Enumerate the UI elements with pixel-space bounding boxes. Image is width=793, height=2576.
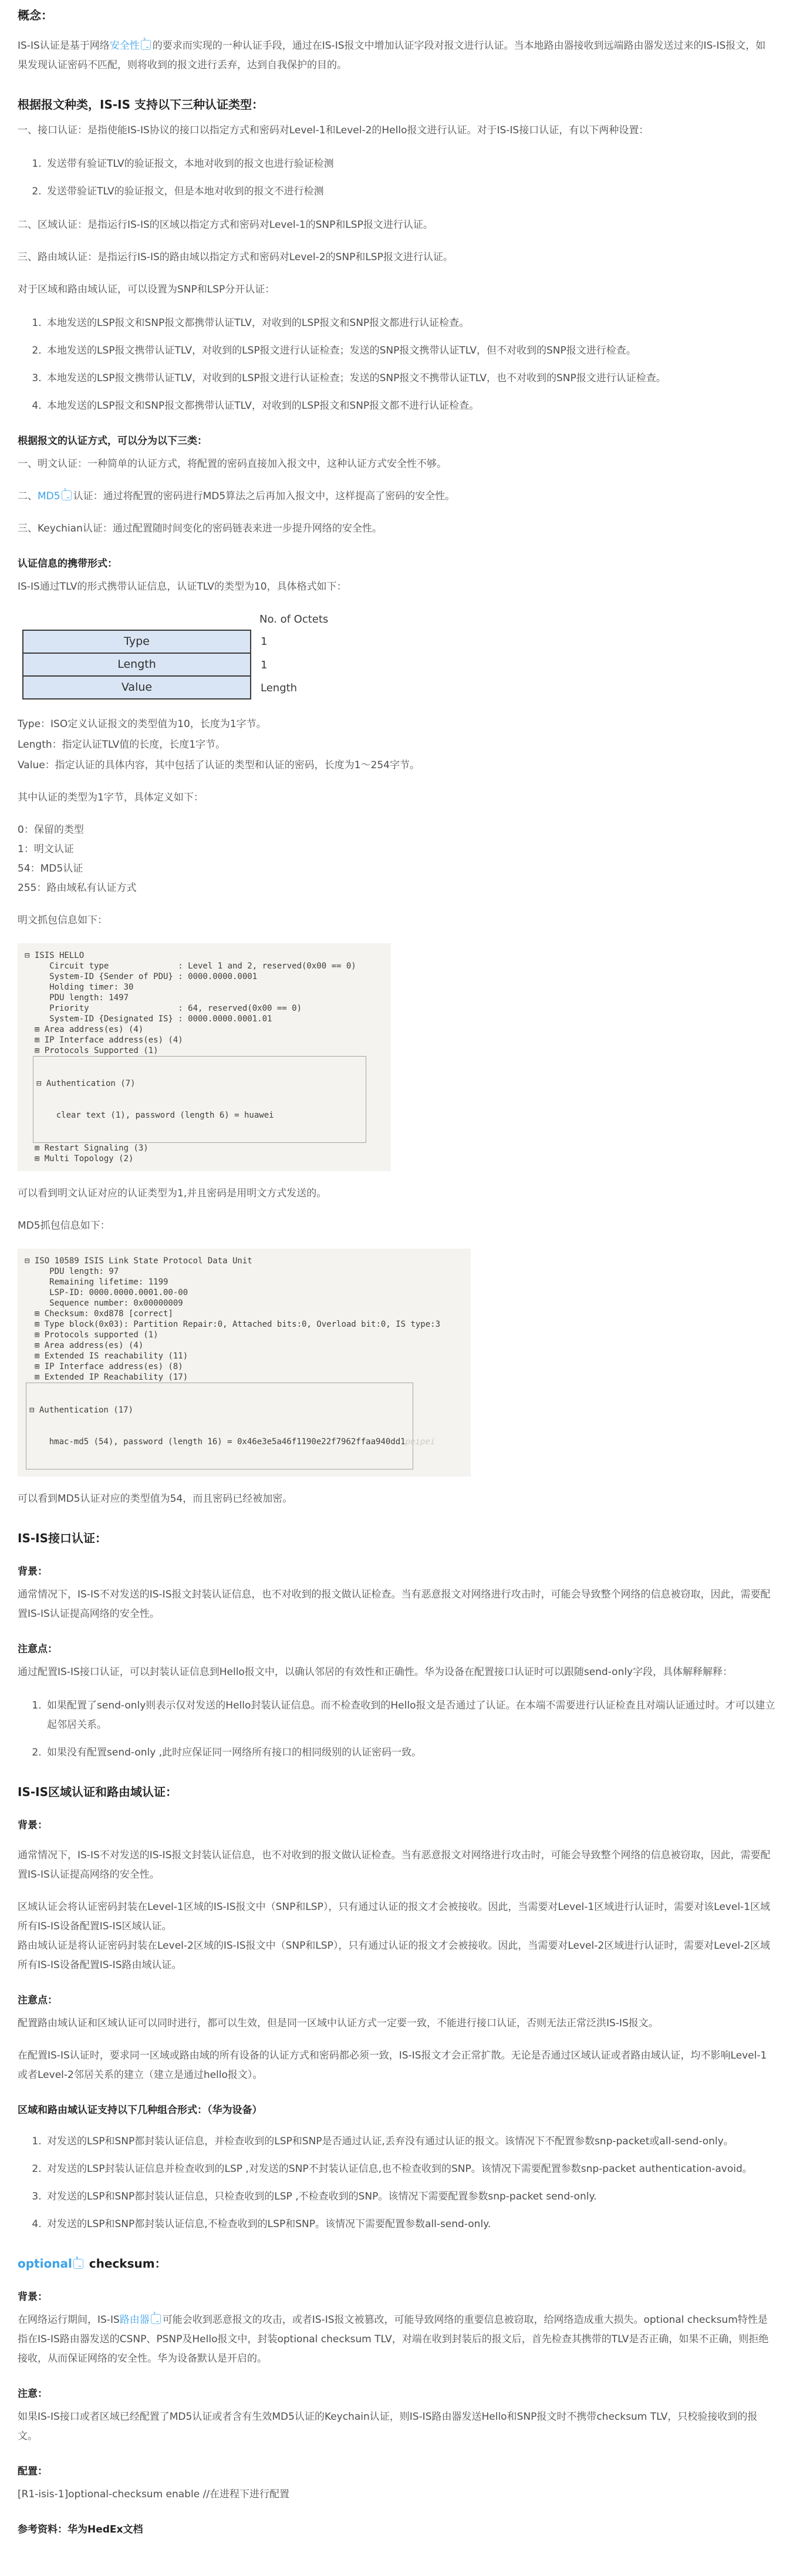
capture-line: hmac-md5 (54), password (length 16) = 0x…	[29, 1437, 410, 1447]
combo-options-list: 对发送的LSP和SNP都封装认证信息，并检查收到的LSP和SNP是否通过认证,丢…	[18, 2132, 775, 2234]
paragraph-tlv-intro: IS-IS通过TLV的形式携带认证信息，认证TLV的类型为10，具体格式如下：	[18, 577, 775, 597]
paragraph-interface-bg: 通常情况下，IS-IS不对发送的IS-IS报文封装认证信息，也不对收到的报文做认…	[18, 1585, 775, 1624]
paragraph-md5-auth: 二、MD5认证：通过将配置的密码进行MD5算法之后再加入报文中，这样提高了密码的…	[18, 487, 775, 506]
plain-packet-capture: ⊟ ISIS HELLO Circuit type : Level 1 and …	[18, 943, 391, 1171]
capture-line: LSP-ID: 0000.0000.0001.00-00	[25, 1287, 464, 1298]
section-heading-area-auth: IS-IS区域认证和路由域认证：	[18, 1784, 775, 1800]
tlv-cell-type: Type	[22, 630, 251, 654]
capture-line: PDU length: 97	[25, 1266, 464, 1277]
auth-type-values: 0：保留的类型1：明文认证54：MD5认证255：路由域私有认证方式	[18, 820, 775, 898]
paragraph-optional-note: 如果IS-IS接口或者区域已经配置了MD5认证或者含有生效MD5认证的Keych…	[18, 2407, 775, 2446]
capture-line: Holding timer: 30	[25, 982, 384, 993]
list-item: 本地发送的LSP报文携带认证TLV，对收到的LSP报文进行认证检查；发送的SNP…	[45, 369, 775, 388]
capture-line: ⊞ IP Interface address(es) (4)	[25, 1035, 384, 1045]
capture-line: ⊞ Protocols supported (1)	[25, 1330, 464, 1340]
capture-line: ⊟ ISO 10589 ISIS Link State Protocol Dat…	[25, 1256, 464, 1266]
paragraph-area-auth-type: 二、区域认证：是指运行IS-IS的区域以指定方式和密码对Level-1的SNP和…	[18, 216, 775, 235]
capture-lines: ⊟ ISIS HELLO Circuit type : Level 1 and …	[25, 950, 384, 1056]
list-item: 如果配置了send-only则表示仅对发送的Hello封装认证信息。而不检查收到…	[45, 1696, 775, 1735]
section-heading-auth-methods: 根据报文的认证方式，可以分为以下三类：	[18, 433, 775, 449]
text-run: hmac-md5 (54), password (length 16) = 0x…	[29, 1437, 406, 1447]
authentication-highlight-box: ⊟ Authentication (7) clear text (1), pas…	[33, 1056, 366, 1143]
config-command: [R1-isis-1]optional-checksum enable //在进…	[18, 2485, 775, 2504]
text-run: 二、	[18, 490, 38, 502]
section-heading-concept: 概念：	[18, 7, 775, 23]
capture-line: ⊞ Type block(0x03): Partition Repair:0, …	[25, 1319, 464, 1330]
md5-packet-capture: ⊟ ISO 10589 ISIS Link State Protocol Dat…	[18, 1249, 471, 1477]
paragraph-area-bg2: 区域认证会将认证密码封装在Level-1区域的IS-IS报文中（SNP和LSP）…	[18, 1898, 775, 1936]
label-notes: 注意点：	[18, 1993, 775, 2008]
octets-label: No. of Octets	[259, 610, 328, 629]
capture-line: ⊞ Protocols Supported (1)	[25, 1045, 384, 1056]
section-heading-combo: 区域和路由域认证支持以下几种组合形式：（华为设备）	[18, 2103, 775, 2118]
label-background: 背景：	[18, 1818, 775, 1833]
interface-auth-notes-list: 如果配置了send-only则表示仅对发送的Hello封装认证信息。而不检查收到…	[18, 1696, 775, 1763]
capture-line: Sequence number: 0x00000009	[25, 1298, 464, 1309]
auth-type-value-line: 0：保留的类型	[18, 820, 775, 840]
capture-line: Priority : 64, reserved(0x00 == 0)	[25, 1003, 384, 1014]
router-link[interactable]: 路由器	[120, 2314, 150, 2326]
section-heading-optional-checksum: optional checksum：	[18, 2255, 775, 2272]
paragraph-keychain-auth: 三、Keychian认证：通过配置随时间变化的密码链表来进一步提升网络的安全性。	[18, 519, 775, 539]
capture-line: Circuit type : Level 1 and 2, reserved(0…	[25, 961, 384, 971]
tlv-format-figure: No. of Octets Type 1 Length 1 Value Leng…	[22, 630, 775, 700]
tlv-row-length: Length 1	[22, 654, 775, 677]
tlv-type-definition: Type：ISO定义认证报文的类型值为10，长度为1字节。	[18, 715, 775, 734]
paragraph-plain-auth: 一、明文认证：一种简单的认证方式，将配置的密码直接加入报文中，这种认证方式安全性…	[18, 455, 775, 474]
list-item: 本地发送的LSP报文和SNP报文都携带认证TLV，对收到的LSP报文和SNP报文…	[45, 314, 775, 333]
paragraph-area-bg3: 路由域认证是将认证密码封装在Level-2区域的IS-IS报文中（SNP和LSP…	[18, 1936, 775, 1975]
article: 概念： IS-IS认证是基于网络安全性的要求而实现的一种认证手段，通过在IS-I…	[0, 0, 793, 2576]
capture-line: ⊞ Checksum: 0xd878 [correct]	[25, 1309, 464, 1319]
watermark: peipei	[406, 1437, 436, 1447]
external-link-icon	[73, 2259, 83, 2269]
list-item: 如果没有配置send-only ,此时应保证同一网络所有接口的相同级别的认证密码…	[45, 1743, 775, 1763]
paragraph-area-bg1: 通常情况下，IS-IS不对发送的IS-IS报文封装认证信息，也不对收到的报文做认…	[18, 1846, 775, 1885]
tlv-octets-length: 1	[251, 654, 267, 677]
paragraph-plain-capture-intro: 明文抓包信息如下：	[18, 911, 775, 930]
capture-line: ⊟ Authentication (17)	[29, 1405, 410, 1415]
tlv-octets-type: 1	[251, 630, 267, 654]
label-config: 配置：	[18, 2464, 775, 2479]
section-heading-interface-auth: IS-IS接口认证：	[18, 1530, 775, 1546]
label-notes: 注意点：	[18, 1642, 775, 1657]
tlv-cell-value: Value	[22, 677, 251, 700]
auth-type-value-line: 1：明文认证	[18, 840, 775, 859]
capture-line: ⊟ Authentication (7)	[36, 1078, 363, 1089]
tlv-cell-length: Length	[22, 654, 251, 677]
tlv-row-type: Type 1	[22, 630, 775, 654]
list-item: 本地发送的LSP报文携带认证TLV，对收到的LSP报文进行认证检查；发送的SNP…	[45, 341, 775, 361]
list-item: 对发送的LSP和SNP都封装认证信息，并检查收到的LSP和SNP是否通过认证,丢…	[45, 2132, 775, 2151]
paragraph-interface-auth-type: 一、接口认证：是指使能IS-IS协议的接口以指定方式和密码对Level-1和Le…	[18, 121, 775, 140]
reference-note: 参考资料：华为HedEx文档	[18, 2522, 775, 2537]
capture-line: ⊞ Extended IP Reachability (17)	[25, 1372, 464, 1383]
tlv-row-value: Value Length	[22, 677, 775, 700]
capture-line: clear text (1), password (length 6) = hu…	[36, 1110, 363, 1121]
list-item: 发送带验证TLV的验证报文，但是本地对收到的报文不进行检测	[45, 182, 775, 201]
tlv-octets-value: Length	[251, 677, 297, 700]
authentication-highlight-box: ⊟ Authentication (17) hmac-md5 (54), pas…	[26, 1383, 413, 1469]
tlv-length-definition: Length：指定认证TLV值的长度，长度1字节。	[18, 735, 775, 755]
section-heading-packet-types: 根据报文种类，IS-IS 支持以下三种认证类型：	[18, 96, 775, 113]
security-link[interactable]: 安全性	[110, 40, 140, 52]
label-background: 背景：	[18, 2289, 775, 2305]
paragraph-area-note1: 配置路由域认证和区域认证可以同时进行，都可以生效，但是同一区域中认证方式一定要一…	[18, 2014, 775, 2033]
paragraph-plain-capture-note: 可以看到明文认证对应的认证类型为1,并且密码是用明文方式发送的。	[18, 1184, 775, 1203]
capture-line: Remaining lifetime: 1199	[25, 1277, 464, 1287]
capture-line: ⊞ Multi Topology (2)	[25, 1154, 384, 1164]
tlv-value-definition: Value：指定认证的具体内容，其中包括了认证的类型和认证的密码，长度为1～25…	[18, 756, 775, 775]
list-item: 本地发送的LSP报文和SNP报文都携带认证TLV，对收到的LSP报文和SNP报文…	[45, 396, 775, 416]
interface-options-list: 发送带有验证TLV的验证报文，本地对收到的报文也进行验证检测发送带验证TLV的验…	[18, 154, 775, 201]
paragraph-interface-note: 通过配置IS-IS接口认证，可以封装认证信息到Hello报文中，以确认邻居的有效…	[18, 1663, 775, 1682]
list-item: 对发送的LSP和SNP都封装认证信息,不检查收到的LSP和SNP。该情况下需要配…	[45, 2215, 775, 2234]
text-run: 在网络运行期间，IS-IS	[18, 2314, 120, 2326]
capture-lines: ⊞ Restart Signaling (3) ⊞ Multi Topology…	[25, 1143, 384, 1164]
md5-link[interactable]: MD5	[38, 490, 60, 502]
text-run: checksum：	[89, 2256, 167, 2271]
paragraph-area-note2: 在配置IS-IS认证时，要求同一区域或路由域的所有设备的认证方式和密码都必须一致…	[18, 2046, 775, 2085]
paragraph-optional-bg: 在网络运行期间，IS-IS路由器可能会收到恶意报文的攻击，或者IS-IS报文被篡…	[18, 2311, 775, 2369]
optional-link[interactable]: optional	[18, 2256, 72, 2271]
label-background: 背景：	[18, 1564, 775, 1579]
capture-line: PDU length: 1497	[25, 993, 384, 1003]
capture-line: ⊟ ISIS HELLO	[25, 950, 384, 961]
auth-type-value-line: 54：MD5认证	[18, 859, 775, 879]
section-heading-tlv: 认证信息的携带形式：	[18, 556, 775, 571]
auth-type-value-line: 255：路由域私有认证方式	[18, 879, 775, 898]
list-item: 对发送的LSP封装认证信息并检查收到的LSP ,对发送的SNP不封装认证信息,也…	[45, 2160, 775, 2179]
external-link-icon	[151, 2314, 161, 2324]
external-link-icon	[141, 40, 151, 50]
paragraph-auth-type-intro: 其中认证的类型为1字节，具体定义如下：	[18, 788, 775, 808]
capture-line: ⊞ Restart Signaling (3)	[25, 1143, 384, 1154]
capture-line: ⊞ IP Interface address(es) (8)	[25, 1361, 464, 1372]
capture-line: System-ID {Sender of PDU} : 0000.0000.00…	[25, 971, 384, 982]
capture-line: ⊞ Area address(es) (4)	[25, 1340, 464, 1351]
capture-line: ⊞ Area address(es) (4)	[25, 1024, 384, 1035]
text-run: 认证：通过将配置的密码进行MD5算法之后再加入报文中，这样提高了密码的安全性。	[73, 490, 455, 502]
paragraph-md5-capture-intro: MD5抓包信息如下：	[18, 1216, 775, 1236]
list-item: 对发送的LSP和SNP都封装认证信息，只检查收到的LSP ,不检查收到的SNP。…	[45, 2187, 775, 2207]
paragraph-concept: IS-IS认证是基于网络安全性的要求而实现的一种认证手段，通过在IS-IS报文中…	[18, 36, 775, 75]
label-attention: 注意：	[18, 2386, 775, 2402]
external-link-icon	[62, 490, 72, 500]
capture-line: ⊞ Extended IS reachability (11)	[25, 1351, 464, 1361]
paragraph-split-intro: 对于区域和路由域认证，可以设置为SNP和LSP分开认证：	[18, 280, 775, 300]
capture-line: System-ID {Designated IS} : 0000.0000.00…	[25, 1014, 384, 1024]
paragraph-domain-auth-type: 三、路由域认证：是指运行IS-IS的路由域以指定方式和密码对Level-2的SN…	[18, 248, 775, 267]
paragraph-md5-capture-note: 可以看到MD5认证对应的类型值为54，而且密码已经被加密。	[18, 1489, 775, 1509]
capture-lines: ⊟ ISO 10589 ISIS Link State Protocol Dat…	[25, 1256, 464, 1383]
text-run: IS-IS认证是基于网络	[18, 40, 110, 52]
split-options-list: 本地发送的LSP报文和SNP报文都携带认证TLV，对收到的LSP报文和SNP报文…	[18, 314, 775, 416]
list-item: 发送带有验证TLV的验证报文，本地对收到的报文也进行验证检测	[45, 154, 775, 174]
